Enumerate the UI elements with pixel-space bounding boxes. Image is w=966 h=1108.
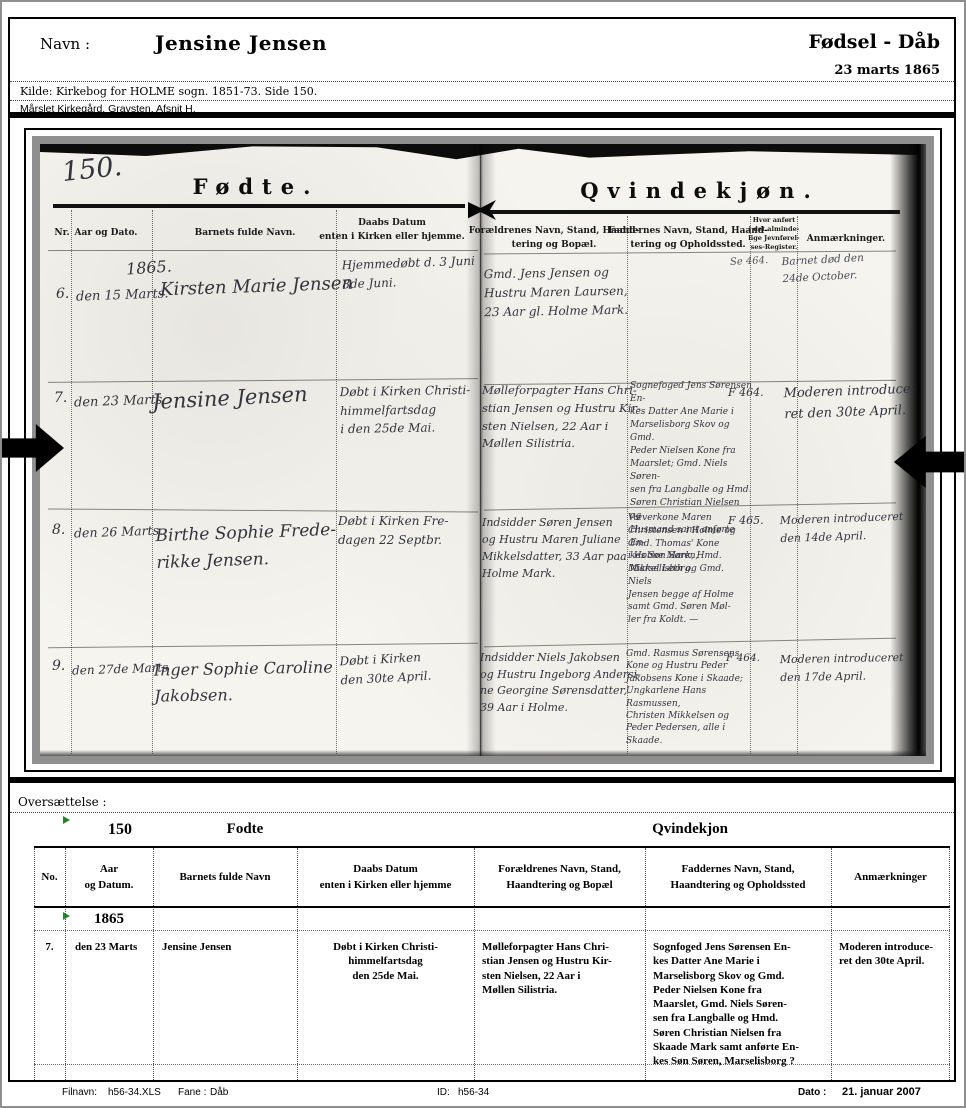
scan-row-date: den 26 Marts. bbox=[74, 522, 163, 540]
scan-container: 150. Fødte. Nr. Aar og Dato. Barnets ful… bbox=[24, 128, 942, 772]
thick-divider-bottom bbox=[10, 777, 954, 783]
col-header-no: No. bbox=[34, 870, 65, 886]
col-header-parents: Forældrenes Navn, Stand, Haandtering og … bbox=[474, 862, 645, 894]
sheet-value: Dåb bbox=[210, 1087, 228, 1098]
row-remarks: Moderen introduce- ret den 30te April. bbox=[839, 940, 947, 969]
scan-row-baptism: Døbt i Kirken den 30te April. bbox=[339, 648, 432, 690]
scan-row-parents: Mølleforpagter Hans Chri- stian Jensen o… bbox=[482, 382, 641, 453]
grid-line bbox=[48, 643, 478, 649]
date-value: 21. januar 2007 bbox=[842, 1086, 921, 1098]
scan-row-register: F 465. bbox=[728, 514, 764, 527]
scan-row-remarks: Moderen introduceret den 14de April. bbox=[779, 508, 904, 547]
grid-line bbox=[34, 930, 950, 931]
scan-background: 150. Fødte. Nr. Aar og Dato. Barnets ful… bbox=[32, 136, 934, 764]
scan-row-baptism: Hjemmedøbt d. 3 Juni 8de Juni. bbox=[341, 252, 476, 295]
person-name: Jensine Jensen bbox=[155, 31, 327, 55]
scan-row-register: F 464. bbox=[728, 386, 764, 399]
row-date: den 23 Marts bbox=[75, 940, 137, 954]
scan-col-name: Barnets fulde Navn. bbox=[195, 226, 296, 240]
scan-left-title: Fødte. bbox=[193, 174, 320, 199]
scan-row-nr: 8. bbox=[52, 522, 65, 538]
scan-row-godparents: Væverkone Maren Christensen i Holme og G… bbox=[628, 512, 750, 627]
scan-row-date: den 23 Marts bbox=[74, 392, 163, 410]
scan-row-remarks: Barnet død den 24de October. bbox=[781, 250, 865, 288]
title-rule bbox=[490, 210, 900, 214]
year-cell: 1865 bbox=[65, 910, 153, 930]
scan-row-name: Jensine Jensen bbox=[151, 382, 308, 414]
scan-col-nr: Nr. bbox=[54, 226, 69, 240]
scan-col-remarks: Anmærkninger. bbox=[807, 232, 885, 246]
scan-row-parents: Gmd. Jens Jensen og Hustru Maren Laursen… bbox=[484, 263, 629, 323]
translation-section-right: Qvindekjon bbox=[652, 821, 728, 838]
footer: Filnavn: h56-34.XLS Fane : Dåb ID: h56-3… bbox=[0, 1085, 966, 1103]
row-no: 7. bbox=[34, 940, 65, 954]
filename-label: Filnavn: bbox=[62, 1087, 97, 1098]
scan-row-baptism: Døbt i Kirken Christi- himmelfartsdag i … bbox=[340, 381, 472, 439]
scan-row-nr: 9. bbox=[52, 658, 65, 674]
divider bbox=[10, 100, 954, 101]
scan-col-register: Hvor anført i det alminde- lige Jevnføre… bbox=[748, 216, 799, 252]
row-baptism: Døbt i Kirken Christi- himmelfartsdag de… bbox=[297, 940, 474, 983]
scan-row-parents: Indsidder Søren Jensen og Hustru Maren J… bbox=[482, 514, 627, 582]
row-parents: Mølleforpagter Hans Chri- stian Jensen o… bbox=[482, 940, 642, 997]
filename-value: h56-34.XLS bbox=[108, 1087, 161, 1098]
id-value: h56-34 bbox=[458, 1087, 489, 1098]
header-section: Navn : Jensine Jensen Fødsel - Dåb 23 ma… bbox=[10, 19, 954, 115]
scan-year: 1865. bbox=[125, 256, 172, 278]
date-label: Dato : bbox=[798, 1087, 826, 1098]
grid-line bbox=[484, 638, 896, 648]
title-rule bbox=[53, 204, 465, 208]
record-sheet-frame: Navn : Jensine Jensen Fødsel - Dåb 23 ma… bbox=[8, 17, 956, 1082]
book-bottom-edge bbox=[40, 750, 926, 756]
scan-row-nr: 6. bbox=[56, 286, 69, 302]
col-header-name: Barnets fulde Navn bbox=[153, 870, 297, 886]
translation-section-left: Fodte bbox=[227, 821, 264, 838]
scan-row-remarks: Moderen introduce- ret den 30te April. bbox=[783, 380, 916, 426]
translation-table: No. Aar og Datum. Barnets fulde Navn Daa… bbox=[34, 846, 950, 1082]
scan-page-number: 150. bbox=[61, 151, 124, 188]
row-name: Jensine Jensen bbox=[162, 940, 231, 954]
scan-row-baptism: Døbt i Kirken Fre- dagen 22 Septbr. bbox=[338, 512, 449, 549]
scan-row-parents: Indsidder Niels Jakobsen og Hustru Ingeb… bbox=[480, 650, 641, 716]
scan-row-name: Birthe Sophie Frede- rikke Jensen. bbox=[155, 517, 337, 578]
col-header-remarks: Anmærkninger bbox=[831, 870, 950, 886]
thick-divider-top bbox=[10, 112, 954, 118]
scan-col-godparents: Faddernes Navn, Stand, Haand- tering og … bbox=[608, 224, 768, 253]
name-label: Navn : bbox=[40, 35, 90, 53]
scan-row-register: F 464. bbox=[726, 652, 760, 664]
scan-col-date: Aar og Dato. bbox=[75, 226, 138, 240]
scan-right-title: Qvindekjøn. bbox=[580, 178, 820, 203]
event-title: Fødsel - Dåb bbox=[808, 31, 940, 53]
col-header-date: Aar og Datum. bbox=[65, 862, 153, 894]
divider bbox=[10, 81, 954, 82]
scan-row-name: Inger Sophie Caroline Jakobsen. bbox=[154, 654, 334, 708]
row-godparents: Sognfoged Jens Sørensen En- kes Datter A… bbox=[653, 940, 828, 1069]
col-header-baptism: Daabs Datum enten i Kirken eller hjemme bbox=[297, 862, 474, 894]
scan-row-nr: 7. bbox=[54, 390, 67, 406]
source-line: Kilde: Kirkebog for HOLME sogn. 1851-73.… bbox=[20, 85, 317, 98]
scan-row-remarks: Moderen introduceret den 17de April. bbox=[780, 649, 904, 686]
genealogy-record-page: { "header": { "name_label": "Navn :", "n… bbox=[0, 0, 966, 1108]
scan-row-name: Kirsten Marie Jensen bbox=[160, 273, 354, 301]
grid-line bbox=[34, 906, 950, 908]
col-header-godparents: Faddernes Navn, Stand, Haandtering og Op… bbox=[645, 862, 831, 894]
grid-line bbox=[48, 250, 478, 251]
scan-row-date: den 15 Marts. bbox=[76, 286, 169, 304]
church-book-scan: 150. Fødte. Nr. Aar og Dato. Barnets ful… bbox=[40, 144, 926, 756]
scan-col-baptism: Daabs Datum enten i Kirken eller hjemme. bbox=[319, 216, 465, 245]
event-date: 23 marts 1865 bbox=[834, 63, 940, 78]
translation-section-row: 150 Fodte Qvindekjon bbox=[34, 817, 950, 845]
translation-label: Oversættelse : bbox=[18, 795, 107, 809]
scan-row-register: Se 464. bbox=[730, 255, 769, 268]
divider bbox=[10, 812, 954, 813]
translation-page-number: 150 bbox=[108, 821, 132, 839]
sheet-label: Fane : bbox=[178, 1087, 206, 1098]
id-label: ID: bbox=[437, 1087, 450, 1098]
